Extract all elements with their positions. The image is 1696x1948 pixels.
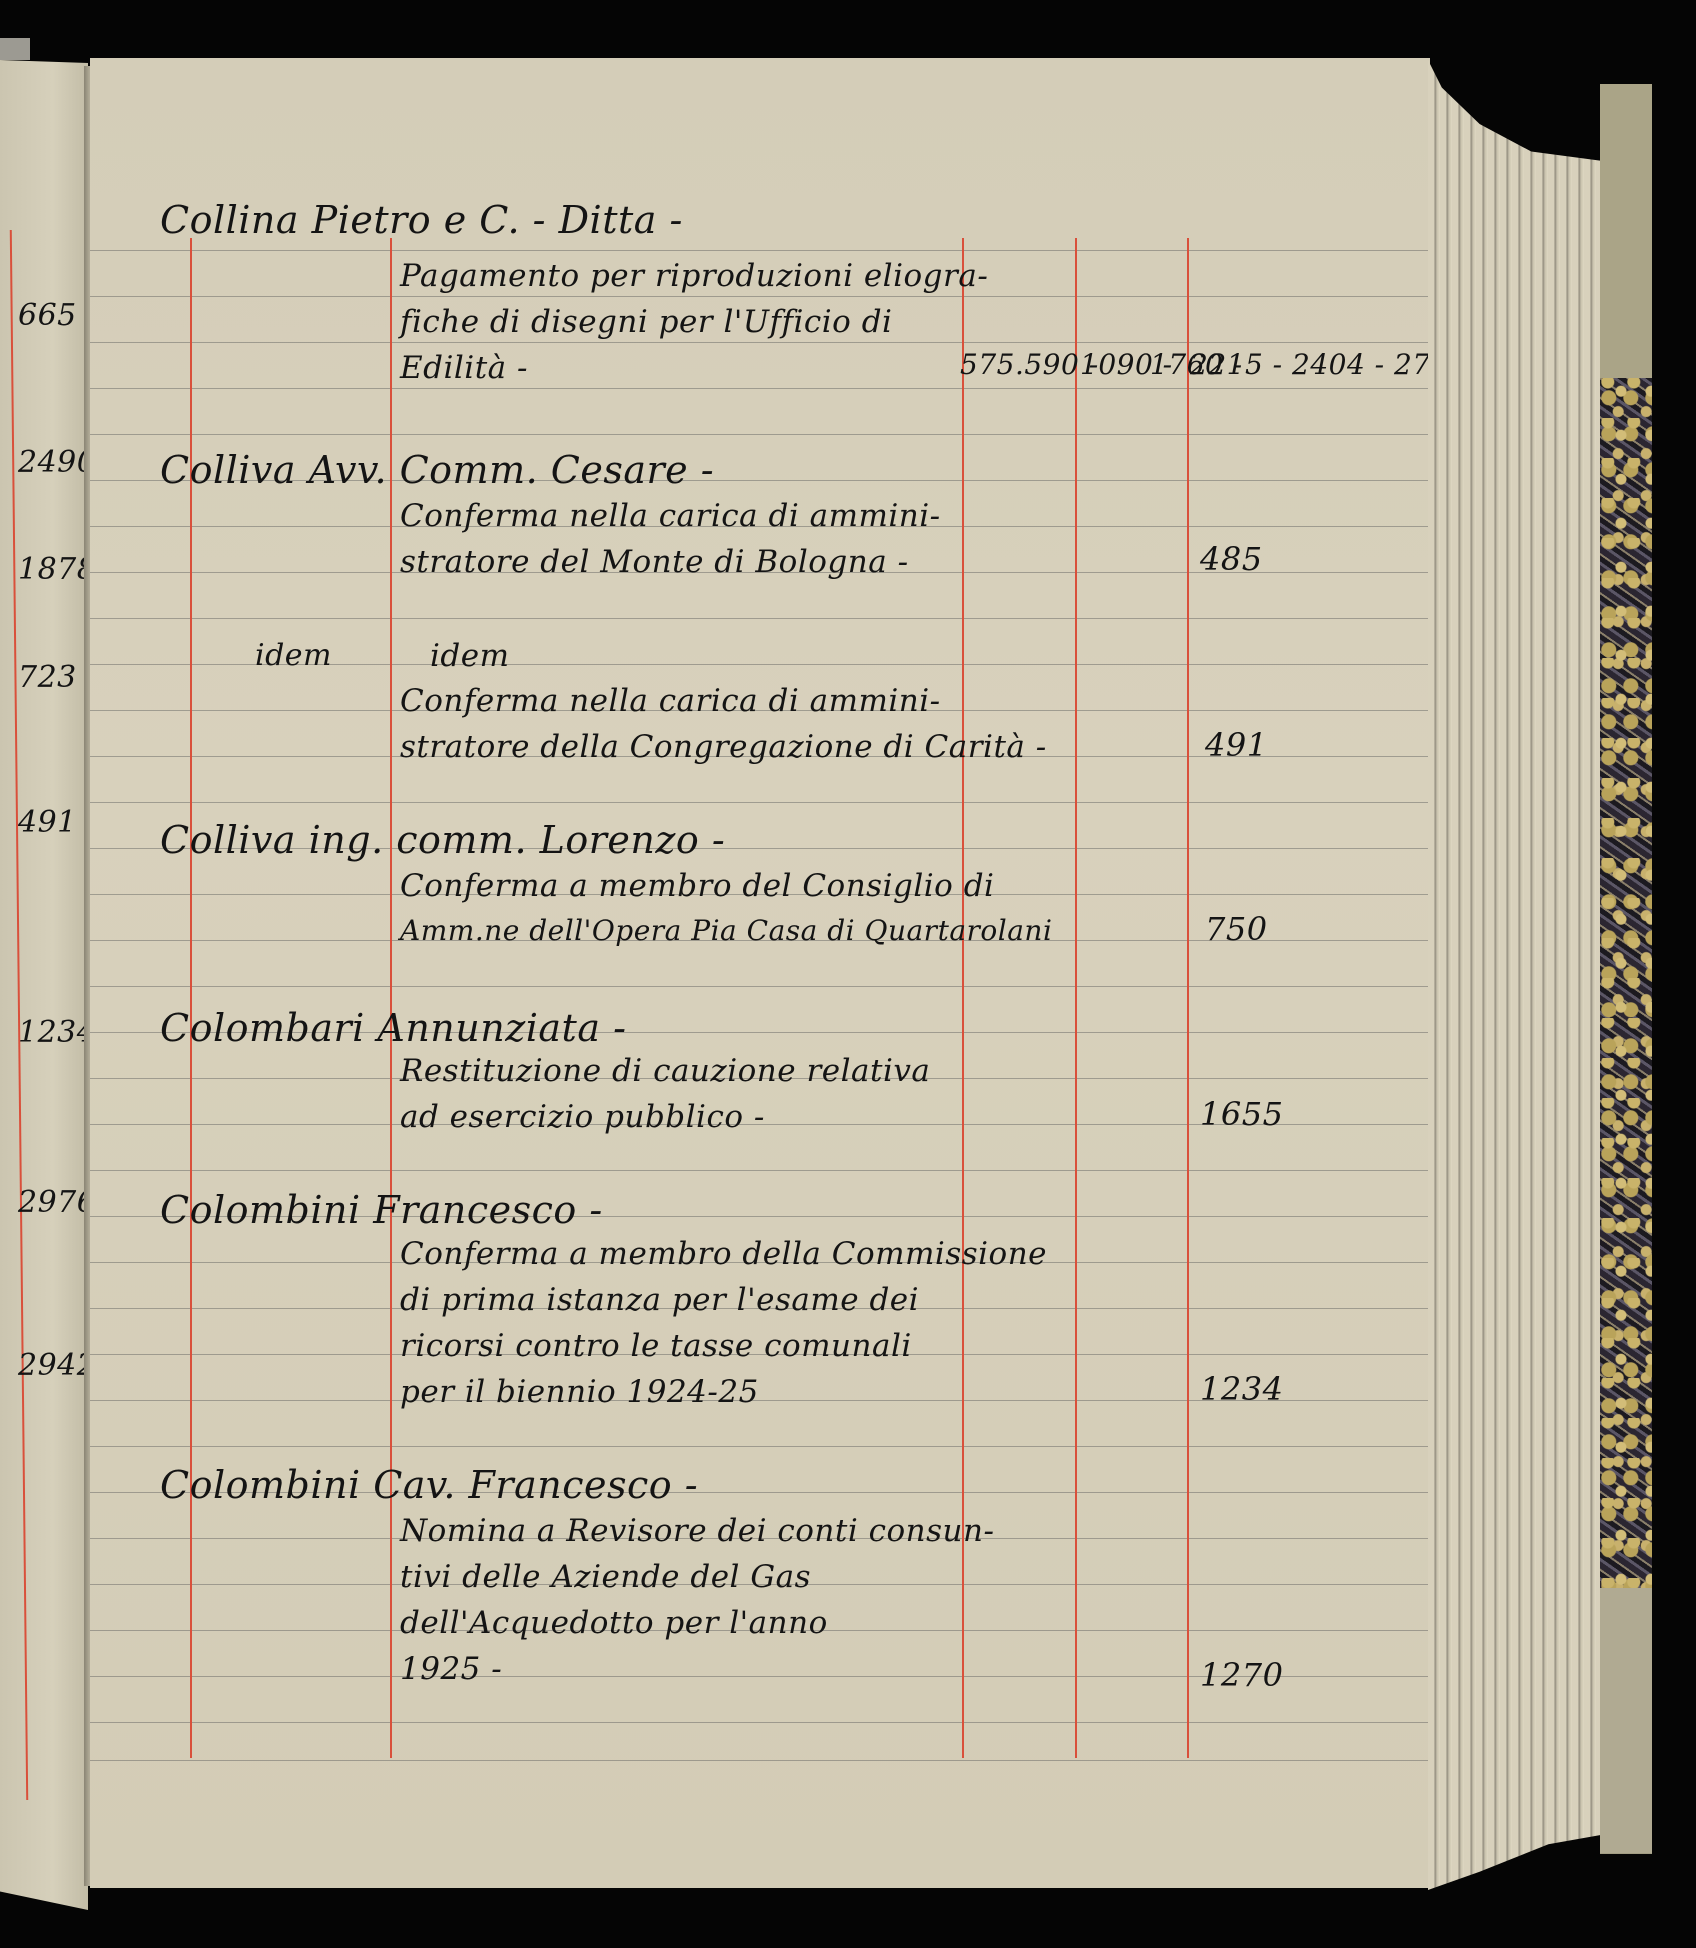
left-facing-page: 665 2490 1878 723 491 1234 2976 2942 — [0, 60, 88, 1910]
ruled-line — [90, 1170, 1430, 1171]
ruled-line — [90, 296, 1430, 297]
entry-description-line: per il biennio 1924-25 — [400, 1374, 759, 1410]
ruled-line — [90, 1446, 1430, 1447]
ruled-line — [90, 1760, 1430, 1761]
book-cover-corner-top — [1600, 84, 1652, 379]
entry-description-line: Conferma nella carica di ammini- — [400, 683, 941, 719]
entry-description-line: Conferma nella carica di ammini- — [400, 498, 941, 534]
entry-name: Colliva Avv. Comm. Cesare - — [160, 448, 714, 492]
entry-description-line: di prima istanza per l'esame dei — [400, 1282, 919, 1318]
entry-name: Colliva ing. comm. Lorenzo - — [160, 818, 725, 862]
entry-amount: 485 — [1200, 540, 1263, 578]
entry-description-line: 1925 - — [400, 1651, 502, 1687]
entry-name: Collina Pietro e C. - Ditta - — [160, 198, 683, 242]
red-column-rule — [1187, 238, 1189, 1758]
entry-description-line: stratore del Monte di Bologna - — [400, 544, 909, 580]
entry-name-sub: idem — [430, 638, 510, 674]
left-page-number: 491 — [18, 805, 77, 840]
entry-amount: 575.590 - — [960, 348, 1099, 381]
book-cover-corner-bottom — [1600, 1588, 1652, 1853]
ruled-line — [90, 618, 1430, 619]
ruled-line — [90, 250, 1430, 251]
ledger-page: Collina Pietro e C. - Ditta - Pagamento … — [90, 58, 1430, 1888]
entry-name: Colombari Annunziata - — [160, 1006, 626, 1050]
ruled-line — [90, 802, 1430, 803]
entry-description-line: ricorsi contro le tasse comunali — [400, 1328, 912, 1364]
red-column-rule — [1075, 238, 1077, 1758]
entry-description-line: Conferma a membro della Commissione — [400, 1236, 1047, 1272]
ruled-line — [90, 388, 1430, 389]
entry-name: Colombini Cav. Francesco - — [160, 1463, 698, 1507]
entry-description-line: Restituzione di cauzione relativa — [400, 1053, 930, 1089]
entry-description-line: Nomina a Revisore dei conti consun- — [400, 1513, 994, 1549]
entry-description-line: Pagamento per riproduzioni eliogra- — [400, 258, 988, 294]
entry-description-line: ad esercizio pubblico - — [400, 1099, 765, 1135]
marbled-cover-paper — [1600, 378, 1652, 1588]
entry-amount: 491 — [1205, 726, 1268, 764]
book-clip — [0, 38, 30, 60]
ruled-line — [90, 434, 1430, 435]
entry-name: Colombini Francesco - — [160, 1188, 603, 1232]
entry-description-line: stratore della Congregazione di Carità - — [400, 729, 1047, 765]
entry-amount: 1270 — [1200, 1656, 1283, 1694]
entry-description-line: Edilità - — [400, 350, 528, 386]
entry-amount: 750 — [1205, 910, 1268, 948]
ruled-line — [90, 342, 1430, 343]
entry-description-line: dell'Acquedotto per l'anno — [400, 1605, 828, 1641]
entry-description-line: tivi delle Aziende del Gas — [400, 1559, 811, 1595]
entry-amount: 1234 — [1200, 1370, 1283, 1408]
left-page-number: 665 — [18, 298, 77, 333]
entry-amount: 1655 — [1200, 1095, 1283, 1133]
entry-description-line: fiche di disegni per l'Ufficio di — [400, 304, 892, 340]
entry-name: idem — [255, 638, 332, 673]
ruled-line — [90, 1722, 1430, 1723]
left-page-number: 723 — [18, 660, 77, 695]
entry-description-line: Amm.ne dell'Opera Pia Casa di Quartarola… — [400, 914, 1052, 947]
ruled-line — [90, 986, 1430, 987]
page-edges-stack — [1428, 60, 1600, 1890]
entry-description-line: Conferma a membro del Consiglio di — [400, 868, 994, 904]
